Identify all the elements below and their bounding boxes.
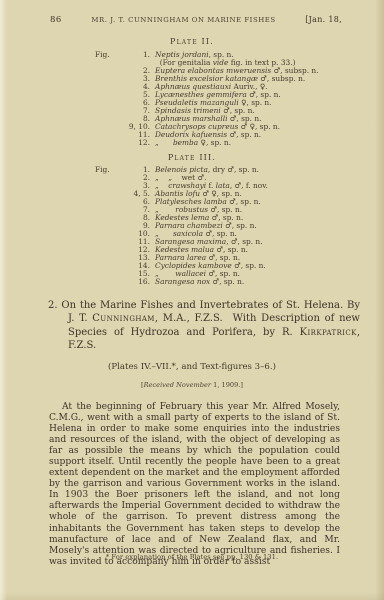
text-segment: Cunningham [92, 313, 155, 324]
fig-label [95, 254, 117, 262]
plate3-heading: Plate III. [0, 153, 384, 162]
fig-label [95, 174, 117, 182]
fig-number: 1. [117, 51, 155, 59]
fig-label [95, 270, 117, 278]
text-segment: Received November [144, 381, 211, 389]
running-head: MR. J. T. CUNNINGHAM ON MARINE FISHES [62, 16, 305, 24]
fig-label [95, 123, 117, 131]
plate3-list: Fig. 1. Belenois picta, dry ♂, sp. n. 2.… [95, 166, 345, 286]
text-segment: , dry ♂, sp. n. [208, 165, 259, 174]
fig-number: 12. [117, 139, 155, 147]
fig-label [95, 206, 117, 214]
fig-label [95, 214, 117, 222]
fig-label [95, 238, 117, 246]
fig-label [95, 182, 117, 190]
fig-label: Fig. [95, 166, 117, 174]
fig-label [95, 115, 117, 123]
article-title: 2. On the Marine Fishes and Invertebrate… [48, 299, 360, 353]
plate-row: 16. Sarangesa nox ♂, sp. n. [95, 278, 345, 286]
fig-label [95, 278, 117, 286]
text-segment: „ [155, 138, 173, 147]
plate2-heading: Plate II. [0, 37, 384, 46]
plate-row: 12. „ bemba ♀, sp. n. [95, 139, 345, 147]
fig-label [95, 83, 117, 91]
species-entry: Sarangesa nox ♂, sp. n. [155, 278, 345, 286]
plate2-list: Fig. 1. Neptis jordani, sp. n. (For geni… [95, 51, 345, 147]
page-number: 86 [50, 15, 62, 25]
text-segment: ♂, sp. n. [227, 130, 261, 139]
page-header: 86 MR. J. T. CUNNINGHAM ON MARINE FISHES… [50, 15, 342, 25]
fig-label [95, 99, 117, 107]
fig-number: 16. [117, 278, 155, 286]
footnote: * For explanation of the Plates see pp. … [0, 553, 384, 561]
header-date: [Jan. 18, [305, 15, 342, 24]
fig-label [95, 139, 117, 147]
text-segment: ♂, sp. n. [210, 277, 244, 286]
fig-label [95, 59, 117, 67]
plate-row: Fig. 1. Belenois picta, dry ♂, sp. n. [95, 166, 345, 174]
body-paragraph: At the beginning of February this year M… [49, 402, 340, 568]
fig-label [95, 107, 117, 115]
text-segment: 1, 1909.] [211, 381, 243, 389]
fig-label [95, 67, 117, 75]
fig-label [95, 222, 117, 230]
text-segment: Sarangesa nox [155, 277, 210, 286]
text-segment: ♀, sp. n. [198, 138, 231, 147]
fig-label [95, 246, 117, 254]
fig-label [95, 91, 117, 99]
text-segment: bemba [173, 138, 198, 147]
fig-label [95, 75, 117, 83]
fig-label [95, 190, 117, 198]
species-entry: „ bemba ♀, sp. n. [155, 139, 345, 147]
fig-label [95, 230, 117, 238]
fig-label: Fig. [95, 51, 117, 59]
fig-label [95, 262, 117, 270]
plates-note: (Plates IV.–VII.*, and Text-figures 3–6.… [0, 362, 384, 372]
received-note: [Received November 1, 1909.] [0, 381, 384, 389]
text-segment: Kirkpatrick [300, 327, 357, 338]
scanned-page: { "header": { "page_number": "86", "runn… [0, 0, 384, 600]
fig-label [95, 198, 117, 206]
fig-label [95, 131, 117, 139]
